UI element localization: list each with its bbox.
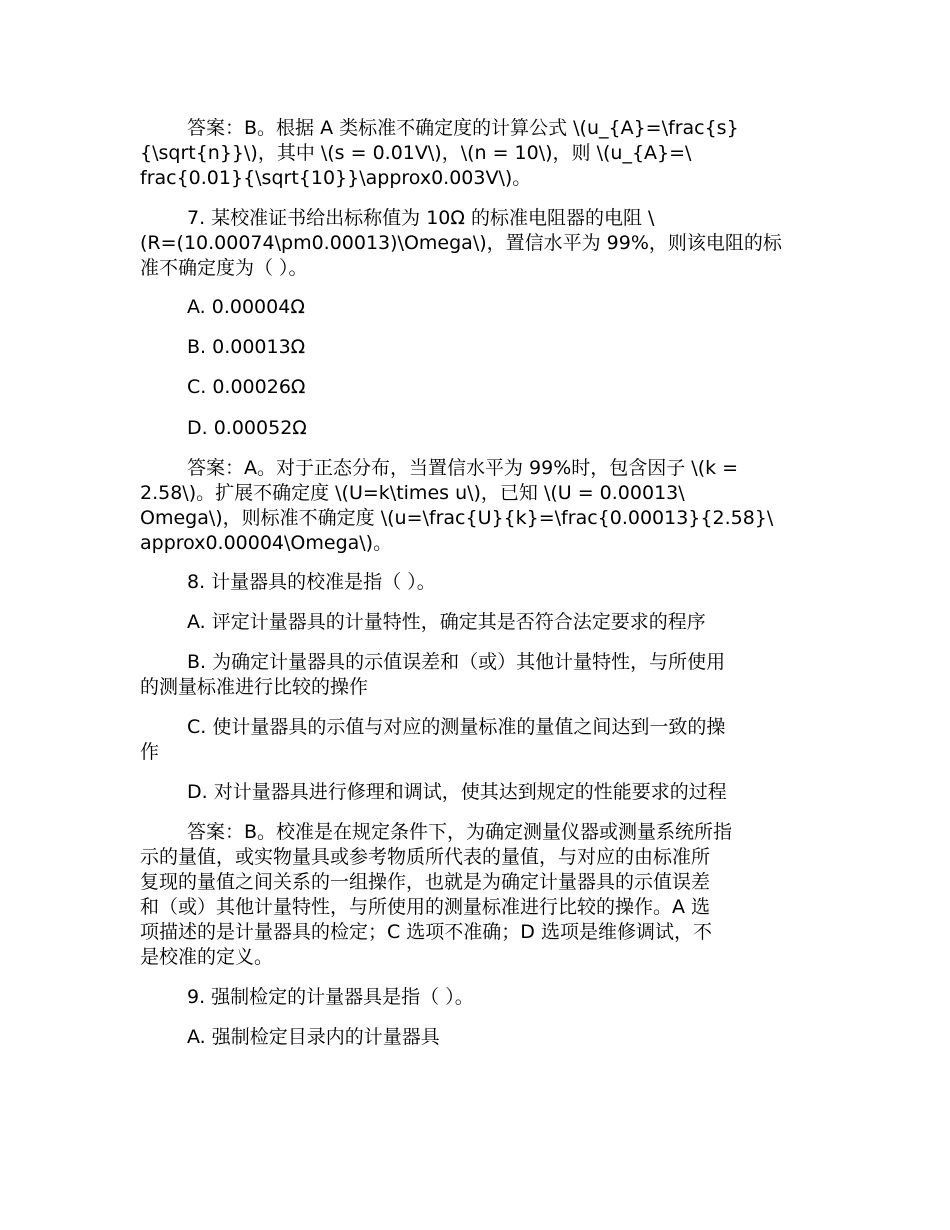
answer-paragraph-q8: 答案：B。校准是在规定条件下，为确定测量仪器或测量系统所指 示的量值，或实物量具… (140, 820, 820, 970)
q9-option-a: A. 强制检定目录内的计量器具 (140, 1025, 820, 1050)
text-line: 8. 计量器具的校准是指（ ）。 (140, 570, 820, 595)
option-text: C. 0.00026Ω (140, 375, 820, 400)
q7-option-a: A. 0.00004Ω (140, 295, 820, 320)
option-text: C. 使计量器具的示值与对应的测量标准的量值之间达到一致的操 (140, 715, 820, 740)
option-text: A. 0.00004Ω (140, 295, 820, 320)
option-text: D. 对计量器具进行修理和调试，使其达到规定的性能要求的过程 (140, 780, 820, 805)
text-line: approx0.00004\Omega\)。 (140, 531, 820, 556)
option-text: A. 强制检定目录内的计量器具 (140, 1025, 820, 1050)
question-8: 8. 计量器具的校准是指（ ）。 (140, 570, 820, 595)
option-text: B. 为确定计量器具的示值误差和（或）其他计量特性，与所使用 (140, 650, 820, 675)
option-text: B. 0.00013Ω (140, 335, 820, 360)
option-text: A. 评定计量器具的计量特性，确定其是否符合法定要求的程序 (140, 610, 820, 635)
text-line: 和（或）其他计量特性，与所使用的测量标准进行比较的操作。A 选 (140, 895, 820, 920)
text-line: 答案：B。校准是在规定条件下，为确定测量仪器或测量系统所指 (140, 820, 820, 845)
text-line: 示的量值，或实物量具或参考物质所代表的量值，与对应的由标准所 (140, 845, 820, 870)
text-line: Omega\)，则标准不确定度 \(u=\frac{U}{k}=\frac{0.… (140, 506, 820, 531)
document-page: 答案：B。根据 A 类标准不确定度的计算公式 \(u_{A}=\frac{s} … (0, 0, 950, 1230)
q8-option-b: B. 为确定计量器具的示值误差和（或）其他计量特性，与所使用 的测量标准进行比较… (140, 650, 820, 700)
q7-option-c: C. 0.00026Ω (140, 375, 820, 400)
text-line: 项描述的是计量器具的检定；C 选项不准确；D 选项是维修调试，不 (140, 920, 820, 945)
text-line: 是校准的定义。 (140, 945, 820, 970)
text-line: 答案：A。对于正态分布，当置信水平为 99%时，包含因子 \(k = (140, 456, 820, 481)
q8-option-a: A. 评定计量器具的计量特性，确定其是否符合法定要求的程序 (140, 610, 820, 635)
option-text: 作 (140, 740, 820, 765)
text-line: 7. 某校准证书给出标称值为 10Ω 的标准电阻器的电阻 \ (140, 206, 820, 231)
text-line: frac{0.01}{\sqrt{10}}\approx0.003V\)。 (140, 166, 820, 191)
question-9: 9. 强制检定的计量器具是指（ ）。 (140, 985, 820, 1010)
q8-option-d: D. 对计量器具进行修理和调试，使其达到规定的性能要求的过程 (140, 780, 820, 805)
text-line: {\sqrt{n}}\)，其中 \(s = 0.01V\)，\(n = 10\)… (140, 141, 820, 166)
q7-option-b: B. 0.00013Ω (140, 335, 820, 360)
option-text: D. 0.00052Ω (140, 416, 820, 441)
answer-paragraph-q6: 答案：B。根据 A 类标准不确定度的计算公式 \(u_{A}=\frac{s} … (140, 116, 820, 191)
text-line: 准不确定度为（ ）。 (140, 256, 820, 281)
text-line: (R=(10.00074\pm0.00013)\Omega\)，置信水平为 99… (140, 231, 820, 256)
text-line: 复现的量值之间关系的一组操作，也就是为确定计量器具的示值误差 (140, 870, 820, 895)
option-text: 的测量标准进行比较的操作 (140, 675, 820, 700)
text-line: 9. 强制检定的计量器具是指（ ）。 (140, 985, 820, 1010)
question-7: 7. 某校准证书给出标称值为 10Ω 的标准电阻器的电阻 \ (R=(10.00… (140, 206, 820, 281)
q7-option-d: D. 0.00052Ω (140, 416, 820, 441)
text-line: 2.58\)。扩展不确定度 \(U=k\times u\)，已知 \(U = 0… (140, 481, 820, 506)
q8-option-c: C. 使计量器具的示值与对应的测量标准的量值之间达到一致的操 作 (140, 715, 820, 765)
text-line: 答案：B。根据 A 类标准不确定度的计算公式 \(u_{A}=\frac{s} (140, 116, 820, 141)
answer-paragraph-q7: 答案：A。对于正态分布，当置信水平为 99%时，包含因子 \(k = 2.58\… (140, 456, 820, 556)
